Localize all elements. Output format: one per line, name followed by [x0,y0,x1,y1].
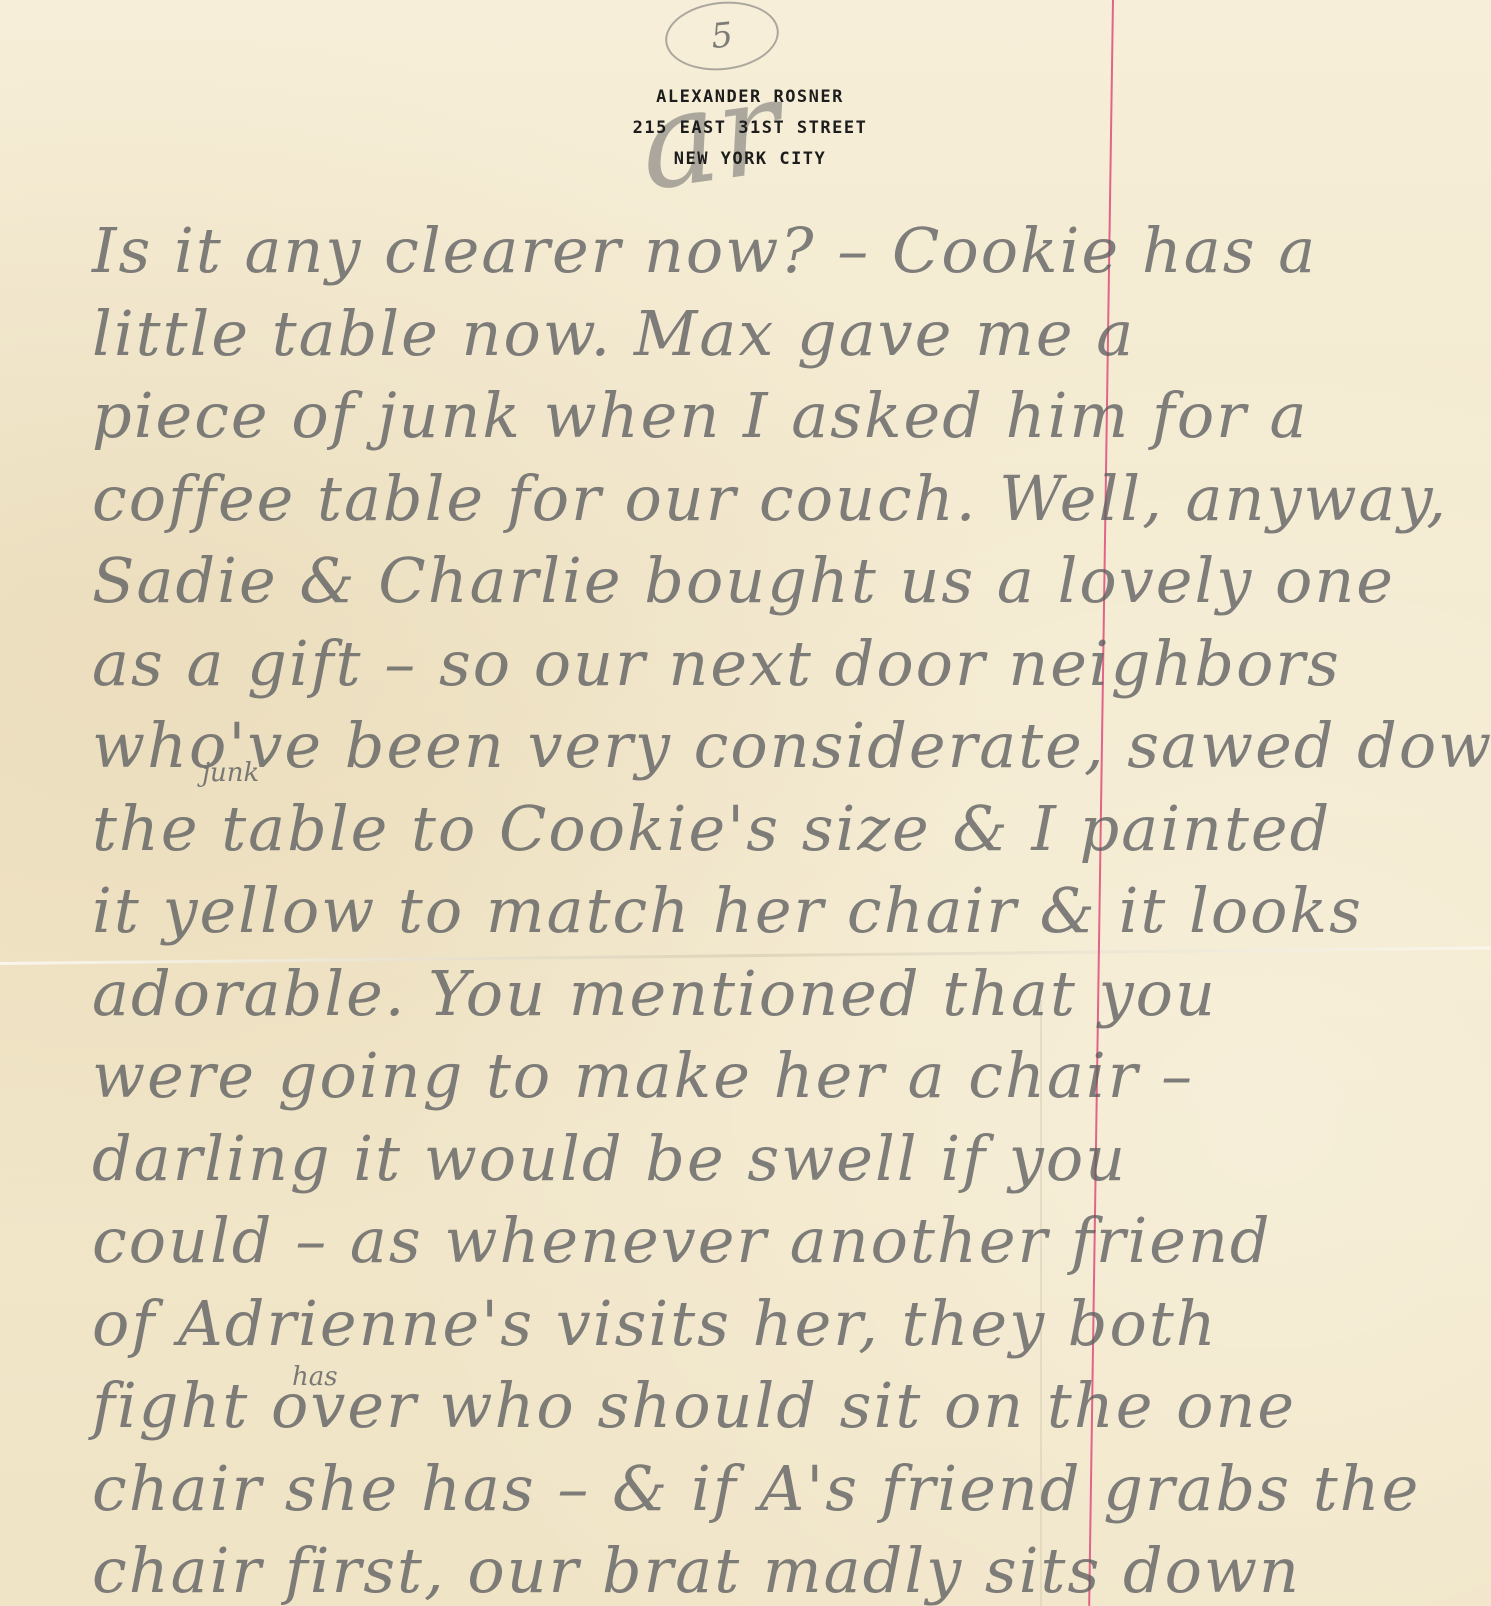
handwritten-line: adorable. You mentioned that you [92,953,1472,1036]
letter-page: 5 ar ALEXANDER ROSNER 215 EAST 31ST STRE… [0,0,1491,1606]
handwritten-line: of Adrienne's visits her, they both [92,1283,1472,1366]
letterhead-city: NEW YORK CITY [600,144,900,175]
handwritten-line: could – as whenever another friend [92,1200,1472,1283]
letterhead: ALEXANDER ROSNER 215 EAST 31ST STREET NE… [600,82,900,175]
handwritten-line: Is it any clearer now? – Cookie has a [92,210,1472,293]
letterhead-name: ALEXANDER ROSNER [600,82,900,113]
handwritten-line: darling it would be swell if you [92,1118,1472,1201]
page-number-text: 5 [709,15,735,57]
handwritten-line: Sadie & Charlie bought us a lovely one [92,540,1472,623]
handwritten-line: as a gift – so our next door neighbors [92,623,1472,706]
insertion-has: has [292,1362,338,1392]
handwritten-line: chair she has – & if A's friend grabs th… [92,1448,1472,1531]
handwritten-body: Is it any clearer now? – Cookie has a li… [92,210,1472,1606]
letterhead-street: 215 EAST 31ST STREET [600,113,900,144]
insertion-junk: junk [202,758,259,788]
handwritten-line: chair first, our brat madly sits down [92,1530,1472,1606]
circled-page-number: 5 [662,0,782,76]
handwritten-line: who've been very considerate, sawed down [92,705,1472,788]
handwritten-line: piece of junk when I asked him for a [92,375,1472,458]
handwritten-line: it yellow to match her chair & it looks [92,870,1472,953]
handwritten-line: coffee table for our couch. Well, anyway… [92,458,1472,541]
handwritten-line: were going to make her a chair – [92,1035,1472,1118]
handwritten-line: the table to Cookie's size & I painted [92,788,1472,871]
handwritten-line: little table now. Max gave me a [92,293,1472,376]
